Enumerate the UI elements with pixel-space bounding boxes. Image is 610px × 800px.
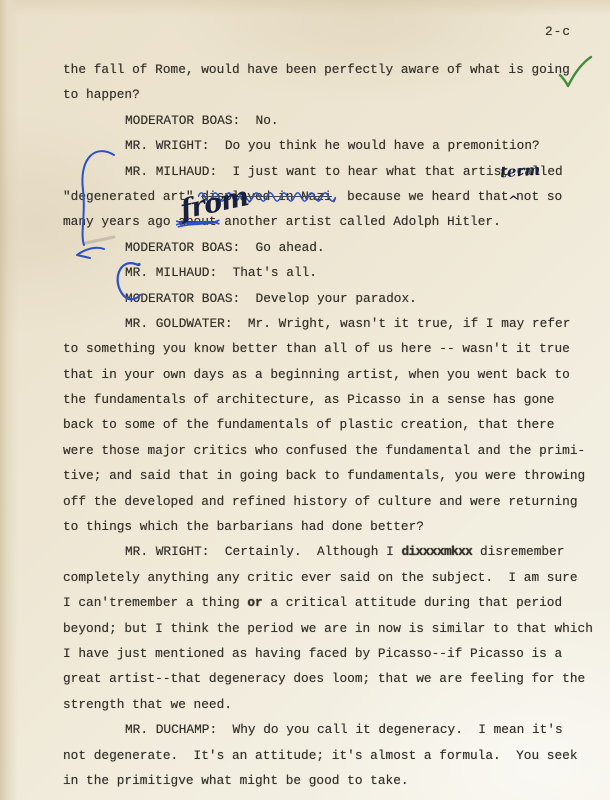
- typewritten-text: off the developed and refined history of…: [63, 494, 578, 509]
- document-line: tive; and said that in going back to fun…: [63, 463, 603, 488]
- typewritten-text: a critical attitude during that period: [263, 595, 563, 610]
- typewritten-text: disremember: [472, 544, 564, 559]
- typewritten-text: MR. DUCHAMP: Why do you call it degenera…: [125, 722, 563, 737]
- typewritten-text: that in your own days as a beginning art…: [63, 367, 570, 382]
- typewritten-text: MR. GOLDWATER: Mr. Wright, wasn't it tru…: [125, 316, 570, 331]
- typewritten-text: MODERATOR BOAS: Develop your paradox.: [125, 291, 417, 306]
- typewritten-text: not degenerate. It's an attitude; it's a…: [63, 748, 578, 763]
- document-line: MR. WRIGHT: Certainly. Although I dixxxx…: [63, 539, 603, 564]
- document-line: completely anything any critic ever said…: [63, 565, 603, 590]
- blue-pen-margin-marks: [72, 144, 162, 306]
- document-line: not degenerate. It's an attitude; it's a…: [63, 743, 603, 768]
- insertion-caret: ^: [508, 194, 519, 209]
- document-line: off the developed and refined history of…: [63, 489, 603, 514]
- typewritten-text: , because we heard that not so: [332, 189, 562, 204]
- typewritten-text: to something you know better than all of…: [63, 341, 570, 356]
- large-margin-bracket: [82, 151, 114, 245]
- document-line: in the primitigve what might be good to …: [63, 768, 603, 793]
- small-circle-mark: [118, 263, 140, 299]
- typewritten-text: great artist--that degeneracy does loom;…: [63, 671, 585, 686]
- typewritten-text: I have just mentioned as having faced by…: [63, 646, 562, 661]
- document-line: the fall of Rome, would have been perfec…: [63, 57, 603, 82]
- scanned-typewritten-page: 2-c the fall of Rome, would have been pe…: [0, 0, 610, 800]
- typewritten-text: the fundamentals of architecture, as Pic…: [63, 392, 554, 407]
- typewritten-text: in the primitigve what might be good to …: [63, 773, 409, 788]
- typewritten-text: I can'tremember a thing: [63, 595, 247, 610]
- typewritten-text: another artist called Adolph Hitler.: [217, 214, 501, 229]
- typewritten-text: to happen?: [63, 87, 140, 102]
- overstruck-word: or: [247, 595, 262, 610]
- document-line: MR. GOLDWATER: Mr. Wright, wasn't it tru…: [63, 311, 603, 336]
- typewritten-text: the fall of Rome, would have been perfec…: [63, 62, 570, 77]
- document-line: to things which the barbarians had done …: [63, 514, 603, 539]
- document-line: that in your own days as a beginning art…: [63, 362, 603, 387]
- typewritten-text: completely anything any critic ever said…: [63, 570, 578, 585]
- typewritten-text: MR. MILHAUD: I just want to hear what th…: [125, 164, 563, 179]
- document-line: I have just mentioned as having faced by…: [63, 641, 603, 666]
- pencil-smudge: [86, 237, 114, 243]
- typewritten-text: back to some of the fundamentals of plas…: [63, 417, 554, 432]
- document-line: strength that we need.: [63, 692, 603, 717]
- document-line: great artist--that degeneracy does loom;…: [63, 666, 603, 691]
- typewritten-text: to things which the barbarians had done …: [63, 519, 424, 534]
- document-line: were those major critics who confused th…: [63, 438, 603, 463]
- bracket-arrowhead: [77, 248, 104, 258]
- document-line: to happen?: [63, 82, 603, 107]
- typewritten-text: MR. WRIGHT: Do you think he would have a…: [125, 138, 540, 153]
- overtyped-xed-word: dixxxxmkxx: [401, 544, 472, 559]
- typewritten-text: MR. WRIGHT: Certainly. Although I: [125, 544, 401, 559]
- document-line: MR. DUCHAMP: Why do you call it degenera…: [63, 717, 603, 742]
- typewritten-text: MODERATOR BOAS: No.: [125, 113, 279, 128]
- document-line: the fundamentals of architecture, as Pic…: [63, 387, 603, 412]
- document-line: beyond; but I think the period we are in…: [63, 616, 603, 641]
- typewritten-text: beyond; but I think the period we are in…: [63, 621, 593, 636]
- handwritten-word-term: term: [499, 161, 540, 182]
- document-line: MODERATOR BOAS: No.: [63, 108, 603, 133]
- document-line: back to some of the fundamentals of plas…: [63, 412, 603, 437]
- typewritten-text: strength that we need.: [63, 697, 232, 712]
- document-line: I can'tremember a thing or a critical at…: [63, 590, 603, 615]
- document-line: to something you know better than all of…: [63, 336, 603, 361]
- typewritten-text: were those major critics who confused th…: [63, 443, 585, 458]
- page-number: 2-c: [545, 24, 571, 39]
- typewritten-text: tive; and said that in going back to fun…: [63, 468, 585, 483]
- small-circle-mark-dot: [137, 263, 140, 266]
